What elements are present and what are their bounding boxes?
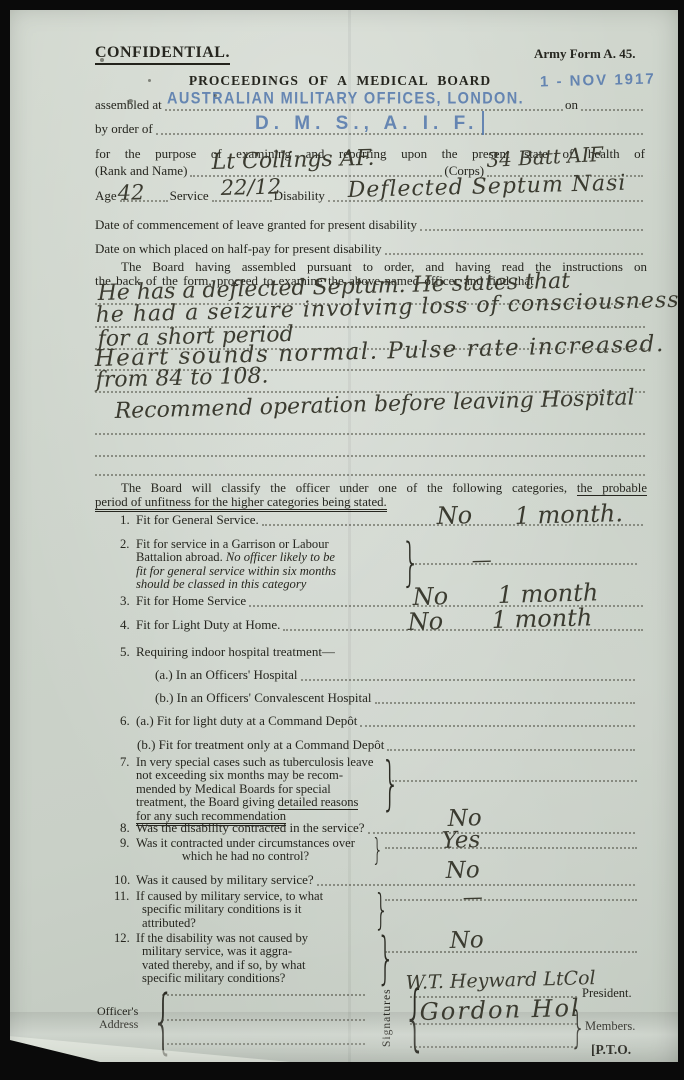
by-order-stamp-text: D. M. S., A. I. F.	[255, 113, 478, 134]
paper-damage-speck	[148, 79, 151, 82]
item-5b-row: (b.) In an Officers' Convalescent Hospit…	[155, 690, 637, 706]
item-10-answer: No	[445, 857, 480, 884]
item-7-line2: not exceeding six months may be recom-	[120, 769, 373, 782]
item-2-line2: Battalion abroad. No officer likely to b…	[120, 551, 336, 564]
item-5a-row: (a.) In an Officers' Hospital	[155, 667, 637, 683]
item-11-brace: }	[374, 889, 389, 931]
paper-damage-speck	[128, 99, 133, 103]
dotted-leader	[375, 702, 635, 704]
classify-intro-line1: The Board will classify the officer unde…	[95, 481, 647, 496]
item-12-text1: If the disability was not caused by	[136, 931, 308, 945]
item-3-number: 3.	[120, 593, 136, 609]
item-9-text1: Was it contracted under circumstances ov…	[136, 836, 355, 850]
scan-border-right	[678, 0, 684, 1080]
item-11-number: 11.	[114, 890, 136, 903]
item-7-number: 7.	[120, 756, 136, 769]
form-reference: Army Form A. 45.	[534, 46, 635, 62]
item-11-line1: 11.If caused by military service, to wha…	[114, 890, 323, 903]
item-9-answer-line	[385, 847, 637, 849]
date-received-stamp: 1 - NOV 1917	[540, 70, 656, 90]
item-5-label: Requiring indoor hospital treatment—	[136, 644, 335, 660]
item-5b-label: (b.) In an Officers' Convalescent Hospit…	[155, 690, 372, 706]
item-9-brace: }	[372, 836, 383, 866]
item-1-answer: No	[436, 501, 472, 530]
item-11-answer: —	[462, 884, 483, 909]
half-pay-label: Date on which placed on half-pay for pre…	[95, 241, 382, 257]
item-7-brace: }	[381, 754, 399, 812]
age-handwriting: 42	[117, 180, 144, 205]
item-8-number: 8.	[120, 820, 136, 836]
item-7-underlined1: detailed reasons	[278, 795, 359, 810]
dotted-leader	[581, 109, 643, 111]
president-signature-handwriting: W.T. Heyward LtCol	[405, 967, 595, 994]
item-2-line1: 2.Fit for service in a Garrison or Labou…	[120, 538, 336, 551]
dotted-leader	[368, 832, 635, 834]
form-title: PROCEEDINGS OF A MEDICAL BOARD	[160, 73, 520, 89]
classify-intro-underlined2: period of unfitness for the higher categ…	[95, 495, 387, 512]
scan-border-top	[0, 0, 684, 10]
item-9-line1: 9.Was it contracted under circumstances …	[120, 837, 355, 850]
officer-address-line1	[162, 994, 365, 996]
dotted-leader	[420, 229, 643, 231]
item-4-answer-duration: 1 month	[491, 603, 592, 634]
dotted-rule	[95, 455, 645, 457]
age-label: Age	[95, 188, 117, 204]
by-order-label: by order of	[95, 121, 153, 137]
half-pay-line: Date on which placed on half-pay for pre…	[95, 241, 645, 257]
scan-border-bottom	[0, 1062, 684, 1080]
item-12-block: 12.If the disability was not caused by m…	[114, 932, 308, 986]
item-5a-label: (a.) In an Officers' Hospital	[155, 667, 298, 683]
by-order-stamp: D. M. S., A. I. F.	[255, 111, 484, 135]
dotted-leader	[212, 200, 272, 202]
item-4-number: 4.	[120, 617, 136, 633]
item-12-brace: }	[377, 931, 395, 987]
dotted-rule	[95, 474, 645, 476]
dotted-rule	[95, 433, 645, 435]
item-3-label: Fit for Home Service	[136, 593, 246, 609]
scan-border-left	[0, 0, 10, 1080]
rank-name-handwriting: Lt Collings AF.	[211, 146, 374, 175]
item-11-text1: If caused by military service, to what	[136, 889, 323, 903]
assembled-at-stamp: AUSTRALIAN MILITARY OFFICES, LONDON.	[167, 90, 524, 108]
item-8-label: Was the disability contracted in the ser…	[136, 820, 365, 836]
item-11-line3: attributed?	[114, 917, 323, 930]
item-12-line3: vated thereby, and if so, by what	[114, 959, 308, 972]
item-6a-label: (a.) Fit for light duty at a Command Dep…	[136, 713, 357, 729]
item-7-line1: 7.In very special cases such as tubercul…	[120, 756, 373, 769]
item-12-number: 12.	[114, 932, 136, 945]
classify-intro-underlined1: the probable	[577, 481, 647, 496]
item-5-number: 5.	[120, 644, 136, 660]
item-12-line1: 12.If the disability was not caused by	[114, 932, 308, 945]
item-9-number: 9.	[120, 837, 136, 850]
item-4-label: Fit for Light Duty at Home.	[136, 617, 280, 633]
paper-sheet: CONFIDENTIAL. Army Form A. 45. PROCEEDIN…	[0, 0, 684, 1080]
item-7-text1: In very special cases such as tuberculos…	[136, 755, 373, 769]
classify-intro-line2: period of unfitness for the higher categ…	[95, 495, 387, 510]
item-2-number: 2.	[120, 538, 136, 551]
dotted-leader	[360, 725, 635, 727]
item-9-answer: Yes	[441, 827, 480, 854]
dotted-leader	[385, 253, 643, 255]
item-10-number: 10.	[114, 872, 136, 888]
item-1-answer-duration: 1 month.	[514, 499, 623, 530]
item-10-label: Was it caused by military service?	[136, 872, 314, 888]
item-12-line2: military service, was it aggra-	[114, 945, 308, 958]
classification-heading: CONFIDENTIAL.	[95, 44, 230, 65]
item-1-label: Fit for General Service.	[136, 512, 259, 528]
service-handwriting: 22/12	[220, 174, 281, 200]
item-5-row: 5. Requiring indoor hospital treatment—	[120, 644, 520, 660]
item-12-answer-line	[385, 951, 637, 953]
rank-name-label: (Rank and Name)	[95, 163, 187, 179]
item-9-line2: which he had no control?	[120, 850, 355, 863]
item-1-number: 1.	[120, 512, 136, 528]
on-label: on	[565, 97, 578, 113]
paper-damage-speck	[100, 58, 104, 62]
item-2-answer: —	[471, 547, 492, 572]
dotted-leader	[387, 749, 635, 751]
item-7-line4: treatment, the Board giving detailed rea…	[120, 796, 373, 809]
item-2-line4: should be classed in this category	[120, 578, 336, 591]
item-11-block: 11.If caused by military service, to wha…	[114, 890, 323, 930]
member-signature-handwriting: Gordon Hol	[419, 994, 581, 1026]
scanned-medical-board-form: { "glyphs": { "brace_open": "{", "brace_…	[0, 0, 684, 1080]
item-12-answer: No	[449, 927, 484, 954]
item-6a-row: 6. (a.) Fit for light duty at a Command …	[120, 713, 637, 729]
item-12-line4: specific military conditions?	[114, 972, 308, 985]
item-7-line3: mended by Medical Boards for special	[120, 783, 373, 796]
item-9-block: 9.Was it contracted under circumstances …	[120, 837, 355, 864]
item-11-line2: specific military conditions is it	[114, 903, 323, 916]
item-2-text2: Battalion abroad.	[136, 550, 226, 564]
item-4-answer: No	[407, 607, 443, 636]
leave-commencement-label: Date of commencement of leave granted fo…	[95, 217, 417, 233]
item-2-block: 2.Fit for service in a Garrison or Labou…	[120, 538, 336, 592]
item-2-answer-line	[412, 563, 637, 565]
item-2-text1: Fit for service in a Garrison or Labour	[136, 537, 329, 551]
item-6-number: 6.	[120, 713, 136, 729]
paper-damage-speck	[214, 94, 217, 97]
stamp-pen-stroke	[482, 111, 484, 135]
item-7-text4: treatment, the Board giving	[136, 795, 278, 809]
service-label: Service	[170, 188, 209, 204]
item-7-answer-line	[392, 780, 637, 782]
leave-commencement-line: Date of commencement of leave granted fo…	[95, 217, 645, 233]
item-7-block: 7.In very special cases such as tubercul…	[120, 756, 373, 823]
item-2-line3: fit for general service within six month…	[120, 565, 336, 578]
item-2-italic1: No officer likely to be	[226, 550, 335, 564]
findings-handwriting-line5: from 84 to 108.	[95, 363, 268, 393]
item-11-answer-line	[385, 899, 637, 901]
